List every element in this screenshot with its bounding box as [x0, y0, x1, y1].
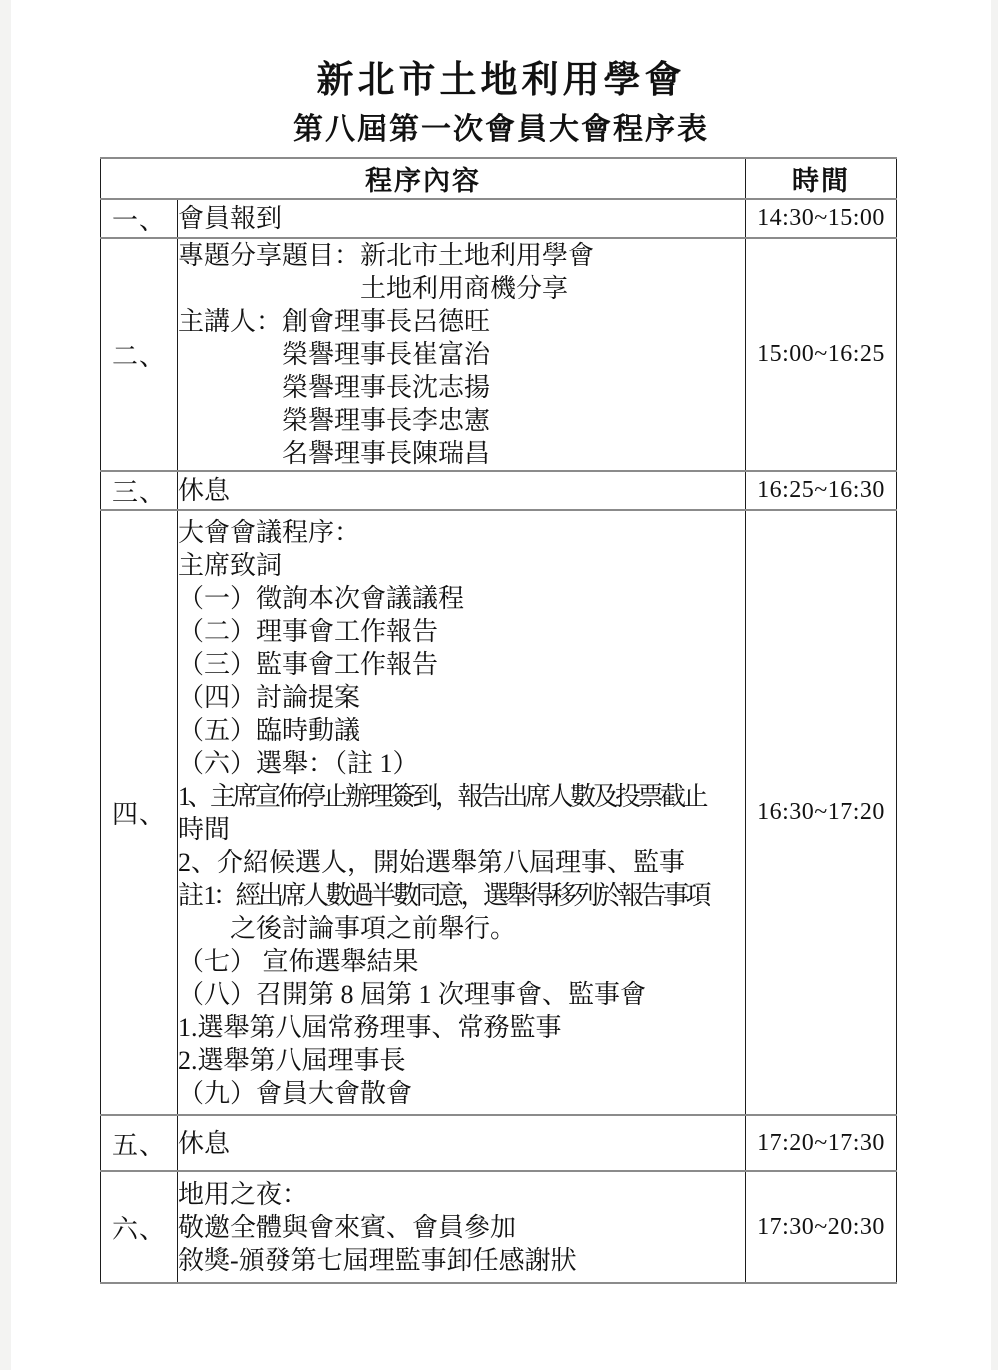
agenda-row: 三、休息16:25~16:30 [101, 471, 897, 510]
row-content-cell: 地用之夜：敬邀全體與會來賓、會員參加敘獎-頒發第七屆理監事卸任感謝狀 [178, 1171, 746, 1283]
content-line: （四）討論提案 [178, 681, 745, 714]
content-line: 榮譽理事長崔富治 [178, 338, 745, 371]
content-line: 土地利用商機分享 [178, 272, 745, 305]
content-line: （七） 宣佈選舉結果 [178, 945, 745, 978]
agenda-row: 四、大會會議程序：主席致詞（一）徵詢本次會議議程（二）理事會工作報告（三）監事會… [101, 510, 897, 1115]
row-time-cell: 17:30~20:30 [746, 1171, 897, 1283]
agenda-row: 一、會員報到14:30~15:00 [101, 199, 897, 238]
content-line: 敬邀全體與會來賓、會員參加 [178, 1211, 745, 1244]
agenda-row: 二、專題分享題目：新北市土地利用學會 土地利用商機分享主講人：創會理事長呂德旺 … [101, 238, 897, 471]
header-time-label: 時間 [746, 158, 897, 199]
content-line: （九）會員大會散會 [178, 1077, 745, 1110]
content-line: 時間 [178, 813, 745, 846]
content-line: 地用之夜： [178, 1178, 745, 1211]
header-content-label: 程序內容 [101, 158, 746, 199]
content-line: （五）臨時動議 [178, 714, 745, 747]
content-line: （一）徵詢本次會議議程 [178, 582, 745, 615]
row-content-cell: 會員報到 [178, 199, 746, 238]
row-number-cell: 六、 [101, 1171, 178, 1283]
row-content-cell: 專題分享題目：新北市土地利用學會 土地利用商機分享主講人：創會理事長呂德旺 榮譽… [178, 238, 746, 471]
agenda-row: 五、休息17:20~17:30 [101, 1115, 897, 1171]
document-page: 新北市土地利用學會 第八屆第一次會員大會程序表 程序內容 時間 一、會員報到14… [11, 0, 991, 1370]
row-number-cell: 二、 [101, 238, 178, 471]
agenda-header-row: 程序內容 時間 [101, 158, 897, 199]
content-line: 1、主席宣佈停止辦理簽到，報告出席人數及投票截止 [178, 780, 745, 813]
document-subtitle: 第八屆第一次會員大會程序表 [11, 110, 991, 150]
content-line: 休息 [178, 474, 745, 507]
row-time-cell: 17:20~17:30 [746, 1115, 897, 1171]
row-time-cell: 16:30~17:20 [746, 510, 897, 1115]
content-line: 敘獎-頒發第七屆理監事卸任感謝狀 [178, 1244, 745, 1277]
row-content-cell: 大會會議程序：主席致詞（一）徵詢本次會議議程（二）理事會工作報告（三）監事會工作… [178, 510, 746, 1115]
content-line: 之後討論事項之前舉行。 [178, 912, 745, 945]
row-time-cell: 16:25~16:30 [746, 471, 897, 510]
content-line: （二）理事會工作報告 [178, 615, 745, 648]
content-line: 主講人：創會理事長呂德旺 [178, 305, 745, 338]
content-line: 休息 [178, 1127, 745, 1160]
content-line: 1.選舉第八屆常務理事、常務監事 [178, 1011, 745, 1044]
content-line: 名譽理事長陳瑞昌 [178, 437, 745, 470]
row-number-cell: 五、 [101, 1115, 178, 1171]
content-line: 榮譽理事長李忠憲 [178, 404, 745, 437]
content-line: 主席致詞 [178, 549, 745, 582]
content-line: 大會會議程序： [178, 516, 745, 549]
document-title: 新北市土地利用學會 [11, 0, 991, 104]
agenda-row: 六、地用之夜：敬邀全體與會來賓、會員參加敘獎-頒發第七屆理監事卸任感謝狀17:3… [101, 1171, 897, 1283]
row-content-cell: 休息 [178, 1115, 746, 1171]
content-line: 註 1：經出席人數過半數同意，選舉得移列於報告事項 [178, 879, 745, 912]
agenda-table: 程序內容 時間 一、會員報到14:30~15:00二、專題分享題目：新北市土地利… [100, 157, 897, 1284]
content-line: （三）監事會工作報告 [178, 648, 745, 681]
content-line: （六）選舉：（註 1） [178, 747, 745, 780]
content-line: （八）召開第 8 屆第 1 次理事會、監事會 [178, 978, 745, 1011]
content-line: 2、介紹候選人，開始選舉第八屆理事、監事 [178, 846, 745, 879]
content-line: 2.選舉第八屆理事長 [178, 1044, 745, 1077]
row-number-cell: 三、 [101, 471, 178, 510]
content-line: 會員報到 [178, 202, 745, 235]
row-number-cell: 一、 [101, 199, 178, 238]
content-line: 專題分享題目：新北市土地利用學會 [178, 239, 745, 272]
row-time-cell: 14:30~15:00 [746, 199, 897, 238]
document-viewport: 新北市土地利用學會 第八屆第一次會員大會程序表 程序內容 時間 一、會員報到14… [0, 0, 998, 1370]
content-line: 榮譽理事長沈志揚 [178, 371, 745, 404]
row-content-cell: 休息 [178, 471, 746, 510]
row-number-cell: 四、 [101, 510, 178, 1115]
row-time-cell: 15:00~16:25 [746, 238, 897, 471]
